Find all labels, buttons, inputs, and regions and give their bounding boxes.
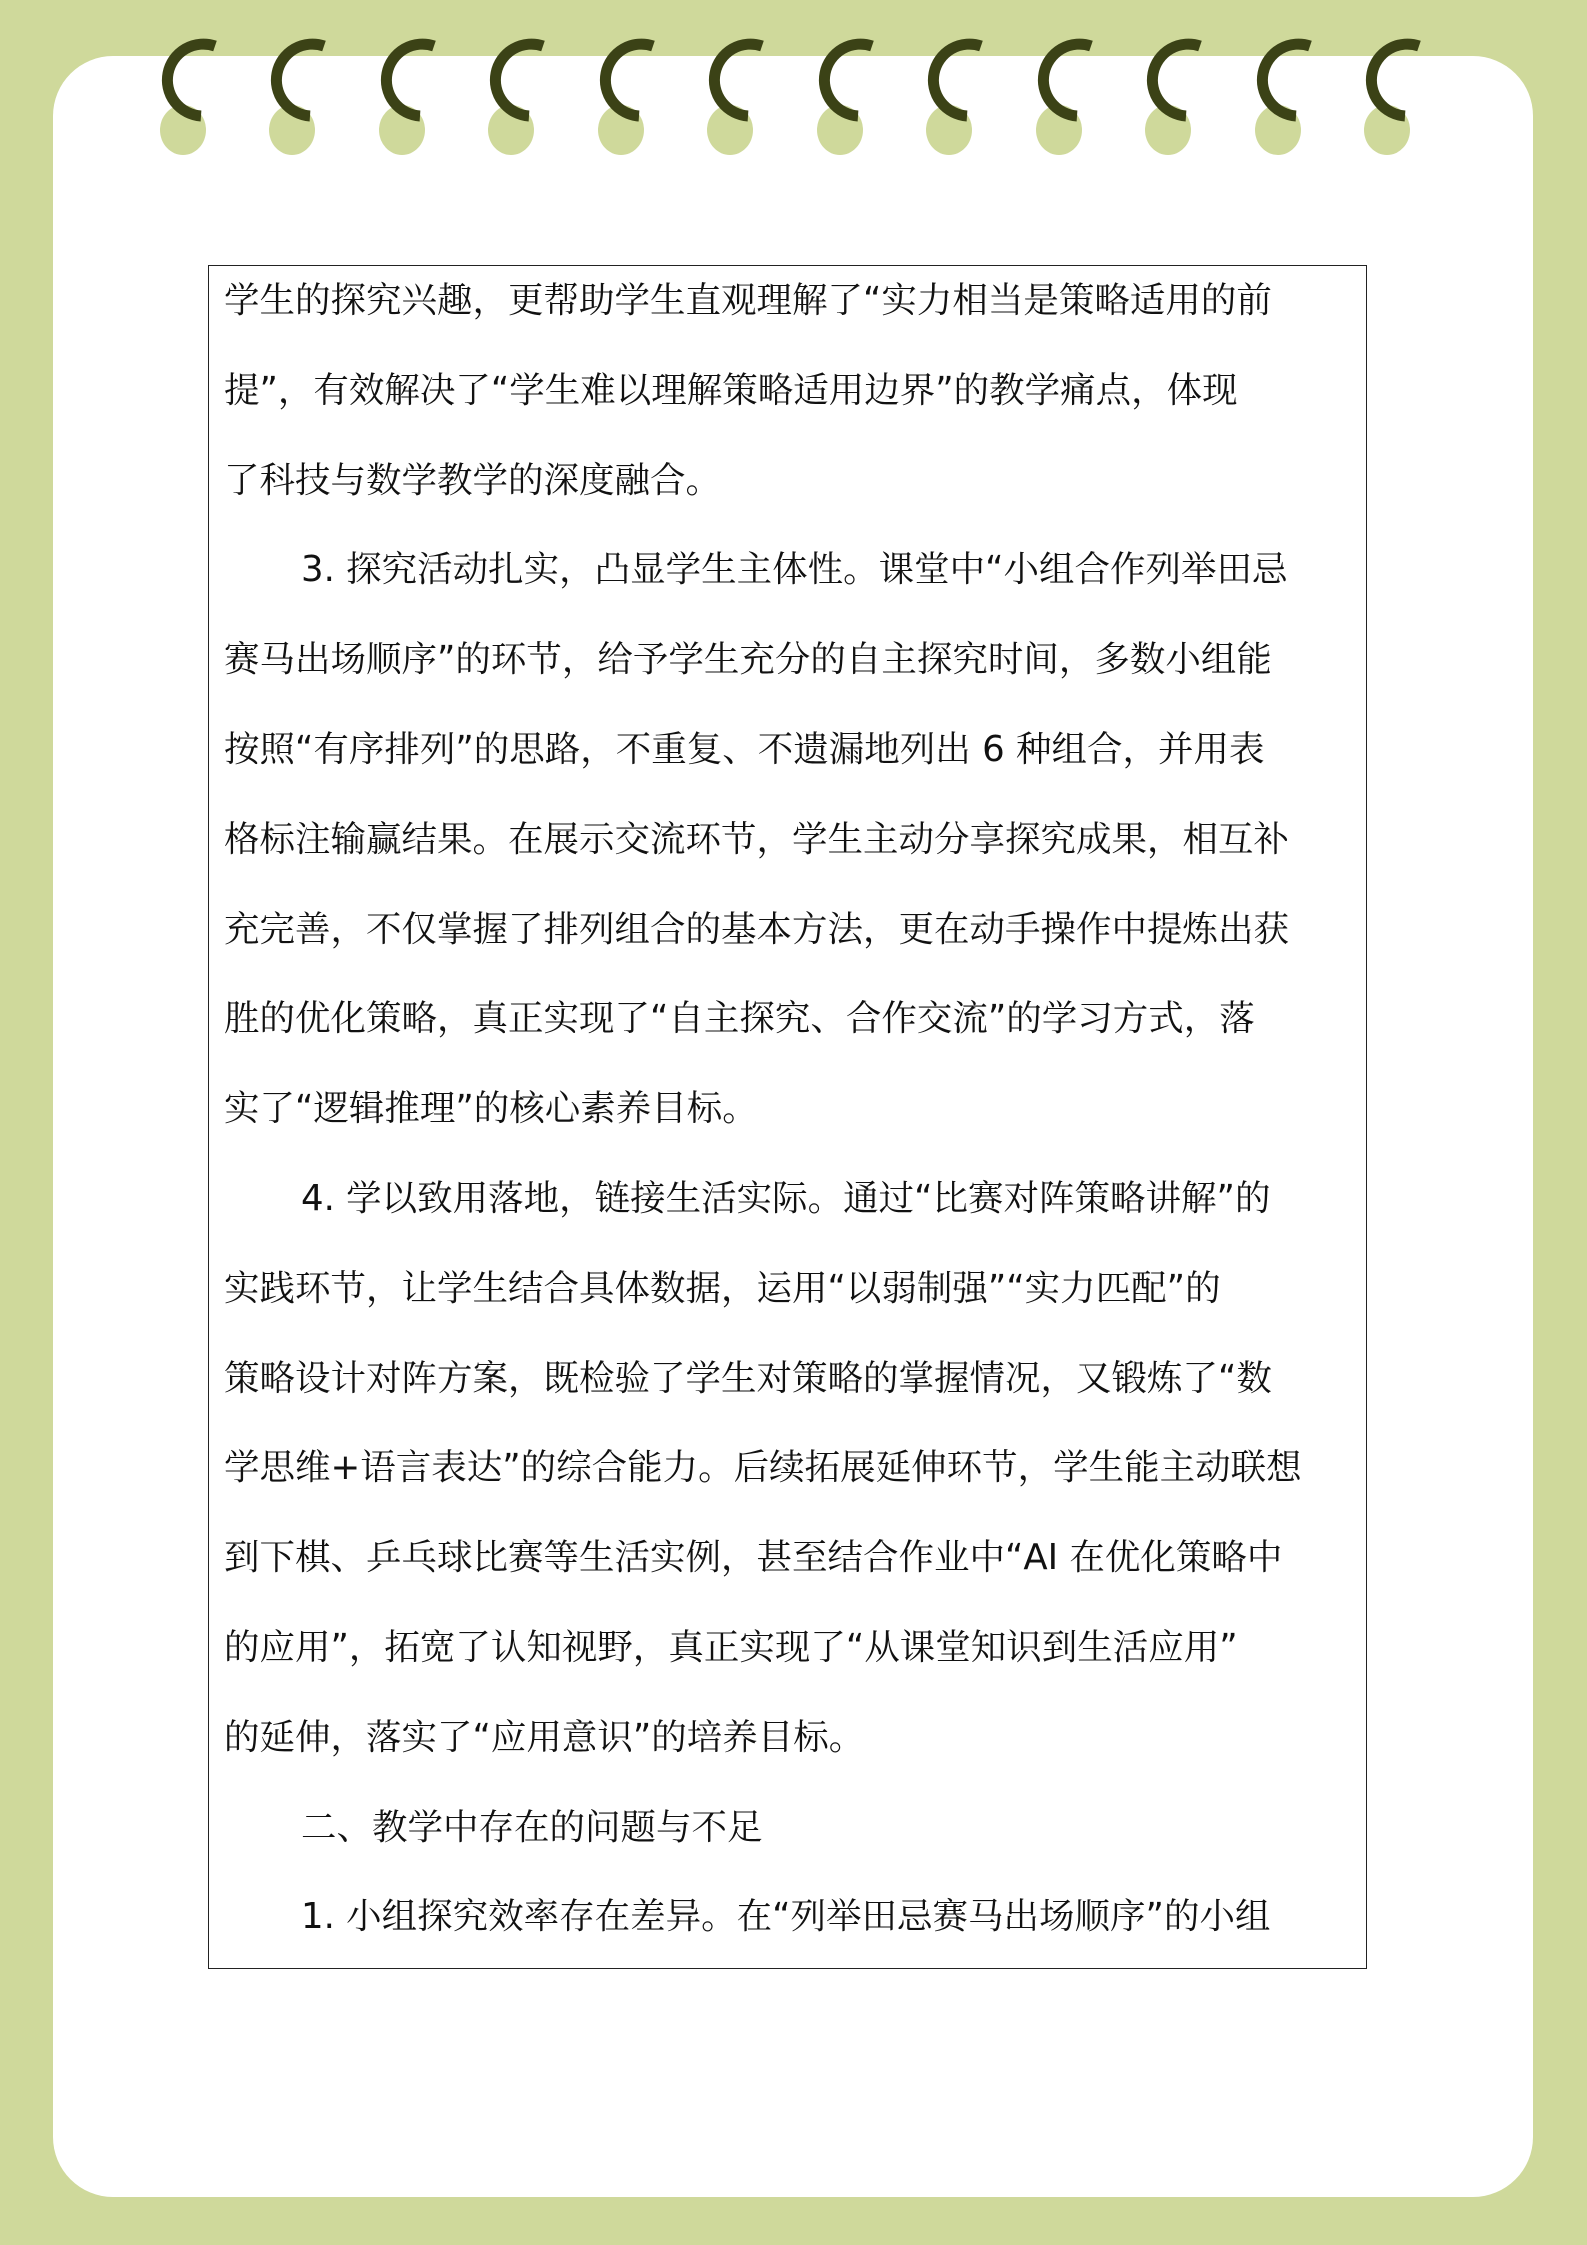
text-line: 二、教学中存在的问题与不足 [301, 1783, 763, 1873]
text-line: 学思维+语言表达”的综合能力。后续拓展延伸环节，学生能主动联想 [224, 1423, 1302, 1513]
spiral-ring-icon [1238, 20, 1338, 160]
spiral-ring-icon [581, 20, 681, 160]
text-line: 胜的优化策略，真正实现了“自主探究、合作交流”的学习方式，落 [224, 974, 1255, 1064]
text-line: 格标注输赢结果。在展示交流环节，学生主动分享探究成果，相互补 [224, 795, 1289, 885]
spiral-ring-icon [252, 20, 352, 160]
spiral-binding [0, 0, 1587, 200]
text-line: 充完善，不仅掌握了排列组合的基本方法，更在动手操作中提炼出获 [224, 885, 1289, 975]
spiral-ring-icon [362, 20, 462, 160]
text-line: 按照“有序排列”的思路，不重复、不遗漏地列出 6 种组合，并用表 [224, 705, 1264, 795]
spiral-ring-icon [143, 20, 243, 160]
text-line: 提”，有效解决了“学生难以理解策略适用边界”的教学痛点，体现 [224, 346, 1238, 436]
text-line: 4. 学以致用落地，链接生活实际。通过“比赛对阵策略讲解”的 [301, 1154, 1270, 1244]
text-frame: 学生的探究兴趣，更帮助学生直观理解了“实力相当是策略适用的前提”，有效解决了“学… [208, 265, 1367, 1969]
text-line: 赛马出场顺序”的环节，给予学生充分的自主探究时间，多数小组能 [224, 615, 1272, 705]
text-line: 实了“逻辑推理”的核心素养目标。 [224, 1064, 758, 1154]
text-line: 到下棋、乒乓球比赛等生活实例，甚至结合作业中“AI 在优化策略中 [224, 1513, 1282, 1603]
text-line: 学生的探究兴趣，更帮助学生直观理解了“实力相当是策略适用的前 [224, 256, 1272, 346]
spiral-ring-icon [471, 20, 571, 160]
text-line: 3. 探究活动扎实，凸显学生主体性。课堂中“小组合作列举田忌 [301, 525, 1288, 615]
spiral-ring-icon [1128, 20, 1228, 160]
text-line: 了科技与数学教学的深度融合。 [224, 436, 721, 526]
spiral-ring-icon [800, 20, 900, 160]
text-line: 1. 小组探究效率存在差异。在“列举田忌赛马出场顺序”的小组 [301, 1872, 1270, 1962]
text-line: 策略设计对阵方案，既检验了学生对策略的掌握情况，又锻炼了“数 [224, 1334, 1272, 1424]
text-line: 的延伸，落实了“应用意识”的培养目标。 [224, 1693, 864, 1783]
text-line: 的应用”，拓宽了认知视野，真正实现了“从课堂知识到生活应用” [224, 1603, 1238, 1693]
spiral-ring-icon [690, 20, 790, 160]
spiral-ring-icon [1347, 20, 1447, 160]
text-line: 实践环节，让学生结合具体数据，运用“以弱制强”“实力匹配”的 [224, 1244, 1221, 1334]
spiral-ring-icon [1019, 20, 1119, 160]
spiral-ring-icon [909, 20, 1009, 160]
